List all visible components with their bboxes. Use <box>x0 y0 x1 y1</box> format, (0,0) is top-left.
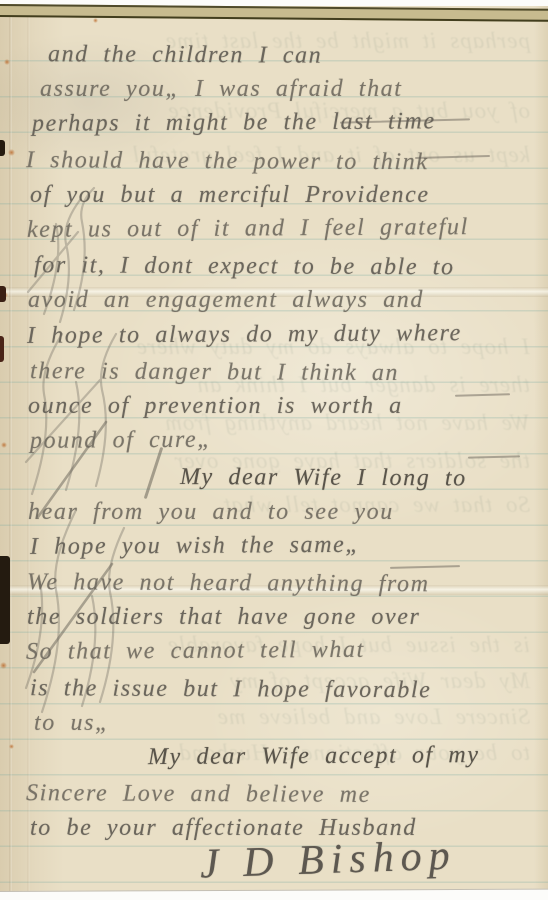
letter-text: and the children I can assure you„ I was… <box>0 37 548 847</box>
letter-line: hear from you and to see you <box>0 495 548 530</box>
book-binding-edge <box>0 140 5 156</box>
letter-line: of you but a merciful Providence <box>0 178 548 213</box>
letter-line: there is danger but I think an <box>0 354 548 392</box>
book-binding-edge <box>0 556 10 644</box>
book-binding-edge <box>0 286 6 302</box>
book-binding-edge <box>0 336 4 362</box>
letter-line: My dear Wife I long to <box>0 459 548 497</box>
signature: J D Bishop <box>199 832 457 889</box>
letter-line: kept us out of it and I feel grateful <box>0 210 548 249</box>
letter-line: perhaps it might be the last time <box>0 104 548 143</box>
age-spot <box>4 59 10 65</box>
scan-background-bottom <box>0 889 548 900</box>
scanned-letter-page: perhaps it might be the last time of you… <box>0 0 548 900</box>
age-spot <box>0 662 7 669</box>
age-spot <box>1 442 7 448</box>
age-spot <box>93 18 98 23</box>
letter-paper: perhaps it might be the last time of you… <box>0 4 548 893</box>
letter-line: I hope to always do my duty where <box>0 315 548 354</box>
letter-line: assure you„ I was afraid that <box>0 72 548 107</box>
age-spot <box>8 149 15 156</box>
letter-line: I should have the power to think <box>0 143 548 181</box>
letter-line: We have not heard anything from <box>0 565 548 603</box>
letter-line: and the children I can <box>0 37 548 75</box>
letter-line: is the issue but I hope favorable <box>0 671 548 709</box>
letter-line: for it, I dont expect to be able to <box>0 248 548 286</box>
letter-line: the soldiers that have gone over <box>0 600 548 635</box>
letter-line: Sincere Love and believe me <box>0 776 548 814</box>
letter-line: I hope you wish the same„ <box>0 526 548 565</box>
age-spot <box>9 744 14 749</box>
letter-line: So that we cannot tell what <box>0 632 548 671</box>
letter-line: My dear Wife accept of my <box>0 738 548 777</box>
letter-line: pound of cure„ <box>0 421 548 460</box>
letter-line: avoid an engagement always and <box>0 283 548 318</box>
letter-line: to us„ <box>0 706 548 741</box>
